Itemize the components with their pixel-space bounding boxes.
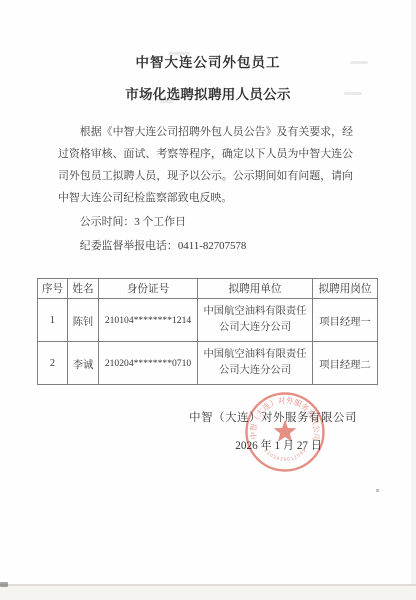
paragraph-line: 根据《中智大连公司招聘外包人员公告》及有关要求，经 <box>58 121 353 143</box>
table-row: 2 李诚 210204********0710 中国航空油料有限责任 公司大连分… <box>38 342 378 385</box>
scan-corner-mark <box>0 582 8 587</box>
paragraph-line: 过资格审核、面试、考察等程序，确定以下人员为中智大连公 <box>58 143 353 165</box>
notice-period: 公示时间：3 个工作日 <box>58 211 353 233</box>
seal-code: 2102820011599 <box>263 447 309 463</box>
unit-line: 中国航空油料有限责任 <box>199 304 311 320</box>
unit-line: 公司大连分公司 <box>199 363 311 379</box>
paragraph-line: 司外包员工拟聘人员，现予以公示。公示期间如有问题，请向 <box>58 165 353 187</box>
cell-hiring-unit: 中国航空油料有限责任 公司大连分公司 <box>198 299 313 342</box>
scan-speck <box>376 489 379 492</box>
cell-serial: 2 <box>38 342 68 385</box>
scan-background-strip <box>0 586 416 600</box>
seal-star-icon <box>274 420 297 442</box>
doc-title-line2: 市场化选聘拟聘用人员公示 <box>0 83 416 103</box>
cell-position: 项目经理二 <box>313 342 378 385</box>
body-paragraph: 根据《中智大连公司招聘外包人员公告》及有关要求，经 过资格审核、面试、考察等程序… <box>58 121 353 257</box>
header-id-number: 身份证号 <box>99 279 198 299</box>
header-hiring-unit: 拟聘用单位 <box>198 279 313 299</box>
table-header-row: 序号 姓名 身份证号 拟聘用单位 拟聘用岗位 <box>38 279 378 299</box>
cell-position: 项目经理一 <box>313 299 378 342</box>
table-row: 1 陈钊 210104********1214 中国航空油料有限责任 公司大连分… <box>38 299 378 342</box>
supervision-hotline: 纪委监督举报电话：0411-82707578 <box>58 235 353 257</box>
header-name: 姓名 <box>68 279 99 299</box>
cell-serial: 1 <box>38 299 68 342</box>
header-position: 拟聘用岗位 <box>313 279 378 299</box>
candidate-table: 序号 姓名 身份证号 拟聘用单位 拟聘用岗位 1 陈钊 210104******… <box>37 278 378 385</box>
paragraph-line: 中智大连公司纪检监察部致电反映。 <box>58 187 353 209</box>
official-red-seal: 中智（大连）对外服务有限公司 2102820011599 <box>244 391 326 473</box>
cell-name: 李诚 <box>68 342 99 385</box>
cell-id-number: 210104********1214 <box>99 299 198 342</box>
cell-hiring-unit: 中国航空油料有限责任 公司大连分公司 <box>198 342 313 385</box>
doc-title-line1: 中智大连公司外包员工 <box>0 51 416 71</box>
cell-id-number: 210204********0710 <box>99 342 198 385</box>
announcement-document: 中智大连公司外包员工 市场化选聘拟聘用人员公示 根据《中智大连公司招聘外包人员公… <box>0 0 416 600</box>
unit-line: 公司大连分公司 <box>199 320 311 336</box>
unit-line: 中国航空油料有限责任 <box>199 347 311 363</box>
header-serial: 序号 <box>38 279 68 299</box>
cell-name: 陈钊 <box>68 299 99 342</box>
